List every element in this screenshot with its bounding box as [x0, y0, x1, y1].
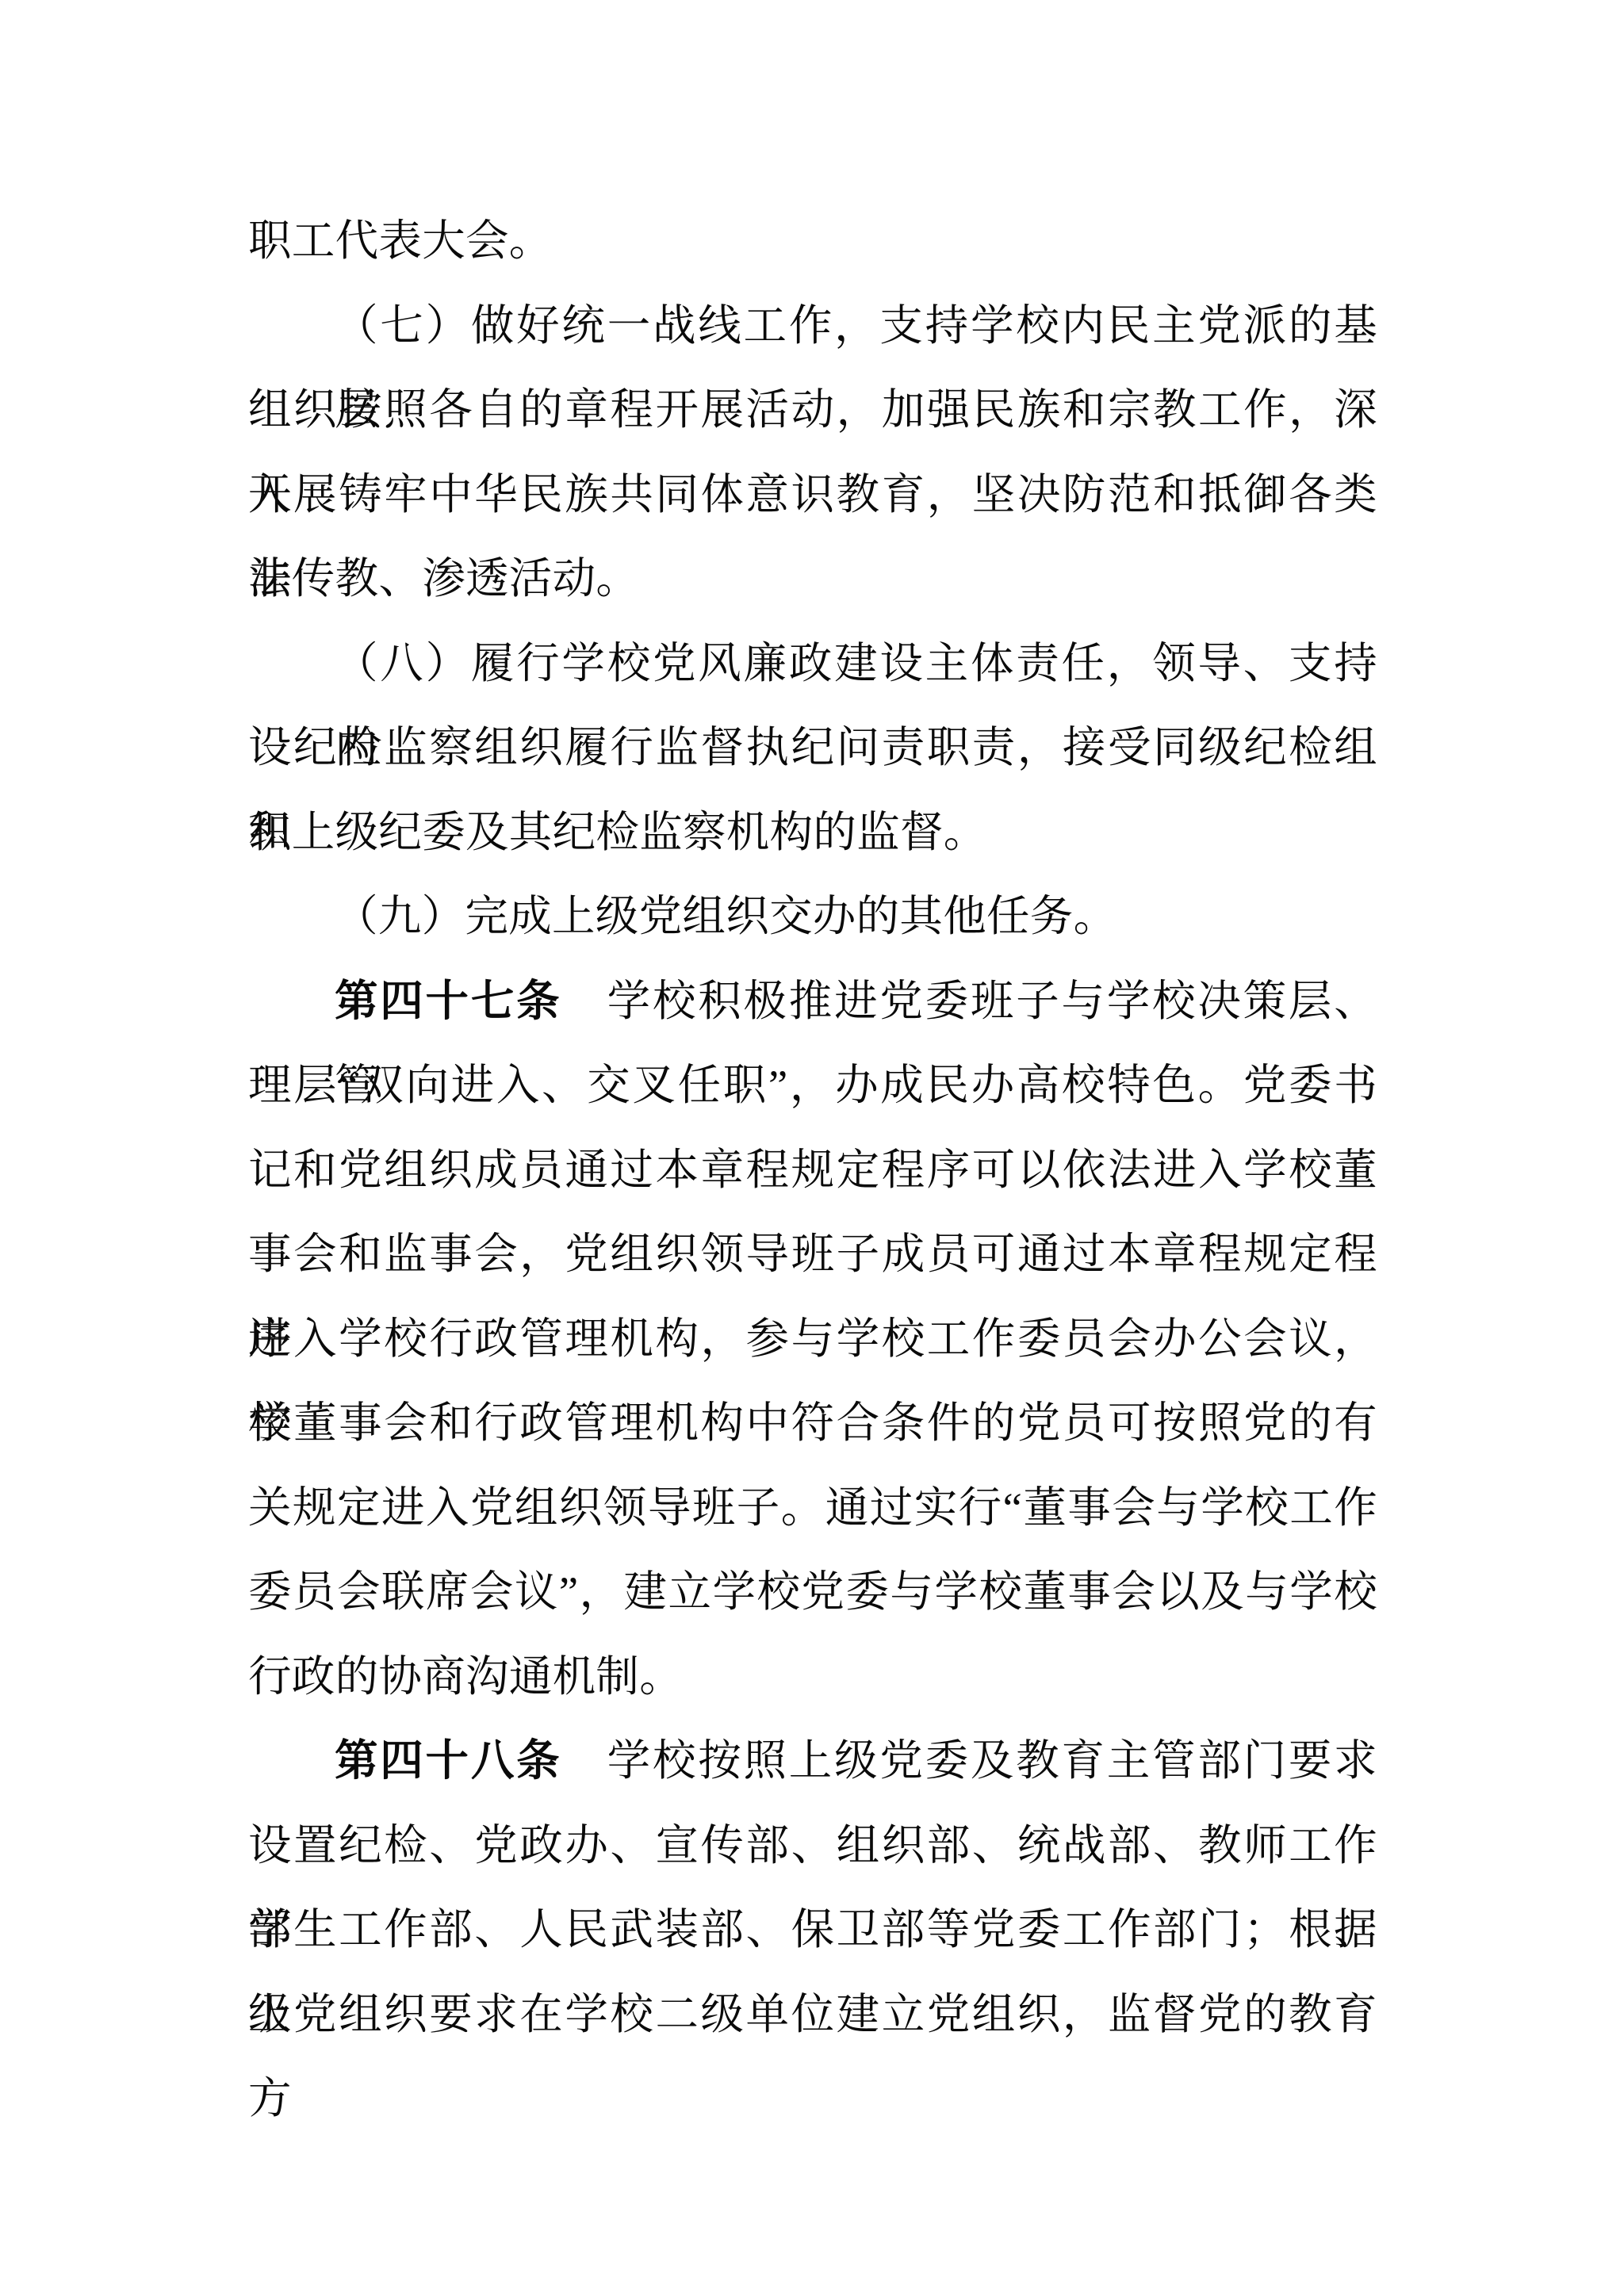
- text-run: 关规定进入党组织领导班子。通过实行“董事会与学校工作: [248, 1483, 1377, 1532]
- article-heading: 第四十八条: [335, 1736, 561, 1785]
- text-line: 进入学校行政管理机构，参与学校工作委员会办公会议，学: [248, 1297, 1377, 1382]
- text-line: 设纪检监察组织履行监督执纪问责职责，接受同级纪检组织: [248, 706, 1377, 790]
- text-run: 委员会联席会议”，建立学校党委与学校董事会以及与学校: [248, 1567, 1377, 1616]
- text-line: 校董事会和行政管理机构中符合条件的党员可按照党的有: [248, 1381, 1377, 1466]
- text-line: 法传教、渗透活动。: [248, 537, 1377, 622]
- text-line: 学生工作部、人民武装部、保卫部等党委工作部门；根据上: [248, 1888, 1377, 1973]
- text-line: 组织按照各自的章程开展活动，加强民族和宗教工作，深入: [248, 368, 1377, 453]
- text-line: （八）履行学校党风廉政建设主体责任，领导、支持内: [248, 622, 1377, 706]
- text-line: 事会和监事会，党组织领导班子成员可通过本章程规定程序: [248, 1212, 1377, 1297]
- article-heading: 第四十七条: [335, 977, 561, 1025]
- text-run: 和上级纪委及其纪检监察机构的监督。: [248, 808, 987, 856]
- text-line: 委员会联席会议”，建立学校党委与学校董事会以及与学校: [248, 1550, 1377, 1635]
- text-line: 开展铸牢中华民族共同体意识教育，坚决防范和抵御各类非: [248, 453, 1377, 538]
- text-run: 校董事会和行政管理机构中符合条件的党员可按照党的有: [248, 1399, 1377, 1447]
- text-line: 关规定进入党组织领导班子。通过实行“董事会与学校工作: [248, 1466, 1377, 1551]
- text-line: 行政的协商沟通机制。: [248, 1635, 1377, 1720]
- text-run: 记和党组织成员通过本章程规定程序可以依法进入学校董: [248, 1146, 1377, 1194]
- text-run: 职工代表大会。: [248, 216, 553, 265]
- text-line: 记和党组织成员通过本章程规定程序可以依法进入学校董: [248, 1128, 1377, 1213]
- text-run: 行政的协商沟通机制。: [248, 1652, 683, 1701]
- text-line: 第四十八条 学校按照上级党委及教育主管部门要求: [248, 1719, 1377, 1804]
- text-run: 学校按照上级党委及教育主管部门要求: [561, 1736, 1377, 1785]
- text-run: 法传教、渗透活动。: [248, 554, 639, 603]
- text-line: 设置纪检、党政办、宣传部、组织部、统战部、教师工作部、: [248, 1804, 1377, 1888]
- text-line: （九）完成上级党组织交办的其他任务。: [248, 874, 1377, 959]
- text-line: 理层“双向进入、交叉任职”，办成民办高校特色。党委书: [248, 1043, 1377, 1128]
- text-run: （九）完成上级党组织交办的其他任务。: [335, 892, 1116, 940]
- document-page: 职工代表大会。（七）做好统一战线工作，支持学校内民主党派的基层组织按照各自的章程…: [0, 0, 1624, 2296]
- text-line: 职工代表大会。: [248, 199, 1377, 284]
- text-line: 第四十七条 学校积极推进党委班子与学校决策层、管: [248, 959, 1377, 1044]
- text-run: 级党组织要求在学校二级单位建立党组织，监督党的教育方: [248, 1990, 1377, 2123]
- text-line: 和上级纪委及其纪检监察机构的监督。: [248, 790, 1377, 875]
- text-run: 理层“双向进入、交叉任职”，办成民办高校特色。党委书: [248, 1061, 1377, 1109]
- text-line: （七）做好统一战线工作，支持学校内民主党派的基层: [248, 284, 1377, 369]
- text-line: 级党组织要求在学校二级单位建立党组织，监督党的教育方: [248, 1973, 1377, 2057]
- document-text: 职工代表大会。（七）做好统一战线工作，支持学校内民主党派的基层组织按照各自的章程…: [248, 199, 1377, 2057]
